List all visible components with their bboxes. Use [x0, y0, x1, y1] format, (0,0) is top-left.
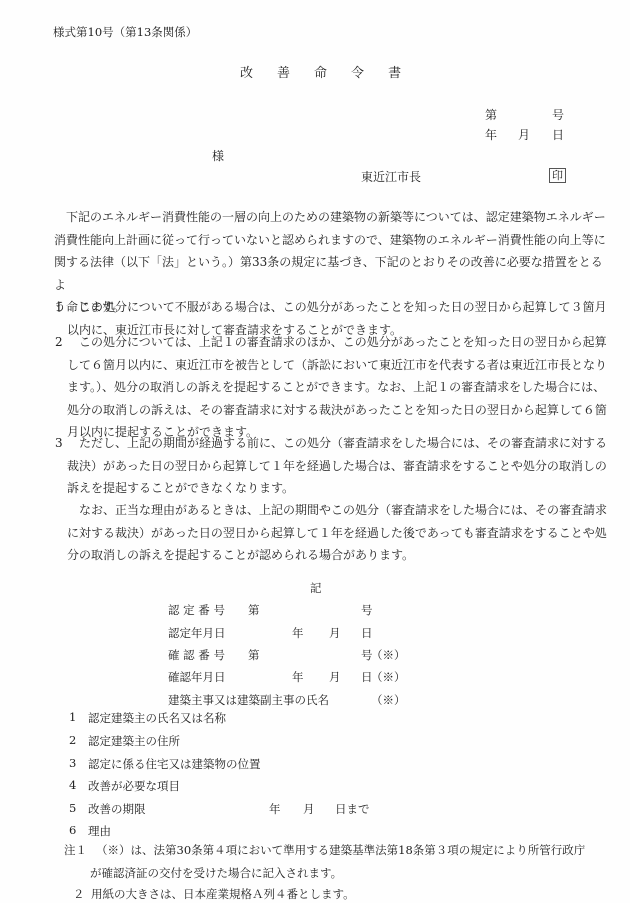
notice-number: 1	[55, 296, 63, 319]
note-1-line: （※）は、法第30条第４項において準用する建築基準法第18条第３項の規定により所…	[96, 845, 585, 857]
item-number: 5	[69, 801, 76, 815]
proviso: なお、正当な理由があるときは、上記の期間やこの処分（審査請求をした場合には、その…	[55, 499, 611, 567]
record-prefix: 第	[248, 647, 260, 663]
proviso-line: 分の取消しの訴えを提起することが認められる場合があります。	[67, 544, 611, 567]
number-prefix: 第	[485, 109, 497, 121]
proviso-line: なお、正当な理由があるときは、上記の期間やこの処分（審査請求をした場合には、その…	[79, 499, 611, 522]
record-label: 確認年月日	[168, 669, 226, 685]
item-number: 3	[69, 756, 76, 770]
intro-line: 消費性能向上計画に従って行っていないと認められますので、建築物のエネルギー消費性…	[54, 229, 610, 252]
note-2-line: 用紙の大きさは、日本産業規格Ａ列４番とします。	[91, 889, 355, 901]
record-month: 月	[329, 625, 341, 641]
notice-line: ます。）、処分の取消しの訴えを提起することができます。なお、上記１の審査請求をし…	[67, 376, 611, 399]
record-mark: （※）	[371, 647, 406, 663]
intro-line: 下記のエネルギー消費性能の一層の向上のための建築物の新築等については、認定建築物…	[54, 206, 610, 229]
title-char: 書	[388, 67, 401, 80]
notice-line: 訴えを提起することができなくなります。	[67, 477, 611, 500]
item-number: 2	[69, 733, 76, 747]
item-number: 6	[69, 823, 76, 837]
proviso-line: に対する裁決）があった日の翌日から起算して１年を経過した後であっても審査請求をす…	[67, 522, 611, 545]
title-char: 善	[277, 67, 290, 80]
record-year: 年	[292, 625, 304, 641]
title-char: 改	[240, 67, 253, 80]
item-label: 認定に係る住宅又は建築物の位置	[88, 756, 261, 772]
item-label: 改善が必要な項目	[88, 778, 180, 794]
form-id: 様式第10号（第13条関係）	[53, 27, 197, 39]
date-day: 日	[552, 129, 564, 141]
record-day: 日	[361, 625, 373, 641]
record-month: 月	[329, 669, 341, 685]
record-prefix: 第	[248, 602, 260, 618]
record-mark: （※）	[371, 692, 406, 708]
notice-line: この処分については、上記１の審査請求のほか、この処分があったことを知った日の翌日…	[79, 331, 611, 354]
notice-line: この処分について不服がある場合は、この処分があったことを知った日の翌日から起算し…	[79, 296, 611, 319]
record-label: 認 定 番 号	[168, 602, 225, 618]
notice-line: して６箇月以内に、東近江市を被告として（訴訟において東近江市を代表する者は東近江…	[67, 354, 611, 377]
note-2-number: ２	[73, 889, 85, 901]
title-char: 命	[314, 67, 327, 80]
deadline-day: 日まで	[335, 801, 370, 817]
notice-2: 2 この処分については、上記１の審査請求のほか、この処分があったことを知った日の…	[55, 331, 611, 444]
record-heading: 記	[310, 583, 322, 595]
issuer: 東近江市長	[361, 171, 421, 183]
record-label: 建築主事又は建築副主事の氏名	[168, 692, 329, 708]
record-mark: （※）	[371, 669, 406, 685]
record-label: 認定年月日	[168, 625, 226, 641]
record-suffix: 号	[361, 602, 373, 618]
note-1-number: 注１	[64, 845, 87, 857]
title-char: 令	[351, 67, 364, 80]
intro-line: 関する法律（以下「法」という。）第33条の規定に基づき、下記のとおりその改善に必…	[54, 251, 610, 296]
document-title: 改善命令書	[240, 67, 401, 80]
seal-box: 印	[549, 168, 566, 183]
item-number: 4	[69, 778, 76, 792]
item-label: 理由	[88, 823, 111, 839]
notice-line: 裁決）があった日の翌日から起算して１年を経過した場合は、審査請求をすることや処分…	[67, 455, 611, 478]
item-label: 認定建築主の住所	[88, 733, 180, 749]
date-year: 年	[485, 129, 497, 141]
notice-number: 3	[55, 432, 63, 455]
addressee-suffix: 様	[212, 150, 224, 162]
item-label: 認定建築主の氏名又は名称	[88, 710, 226, 726]
notice-line: 処分の取消しの訴えは、その審査請求に対する裁決があったことを知った日の翌日から起…	[67, 399, 611, 422]
notice-3: 3 ただし、上記の期間が経過する前に、この処分（審査請求をした場合には、その審査…	[55, 432, 611, 500]
notice-line: ただし、上記の期間が経過する前に、この処分（審査請求をした場合には、その審査請求…	[79, 432, 611, 455]
note-1-line: が確認済証の交付を受けた場合に記入されます。	[90, 868, 342, 880]
number-suffix: 号	[552, 109, 564, 121]
item-number: 1	[69, 710, 76, 724]
record-year: 年	[292, 669, 304, 685]
notice-number: 2	[55, 331, 63, 354]
record-label: 確 認 番 号	[168, 647, 225, 663]
deadline-month: 月	[303, 801, 315, 817]
date-month: 月	[518, 129, 530, 141]
deadline-year: 年	[269, 801, 281, 817]
item-label: 改善の期限	[88, 801, 146, 817]
